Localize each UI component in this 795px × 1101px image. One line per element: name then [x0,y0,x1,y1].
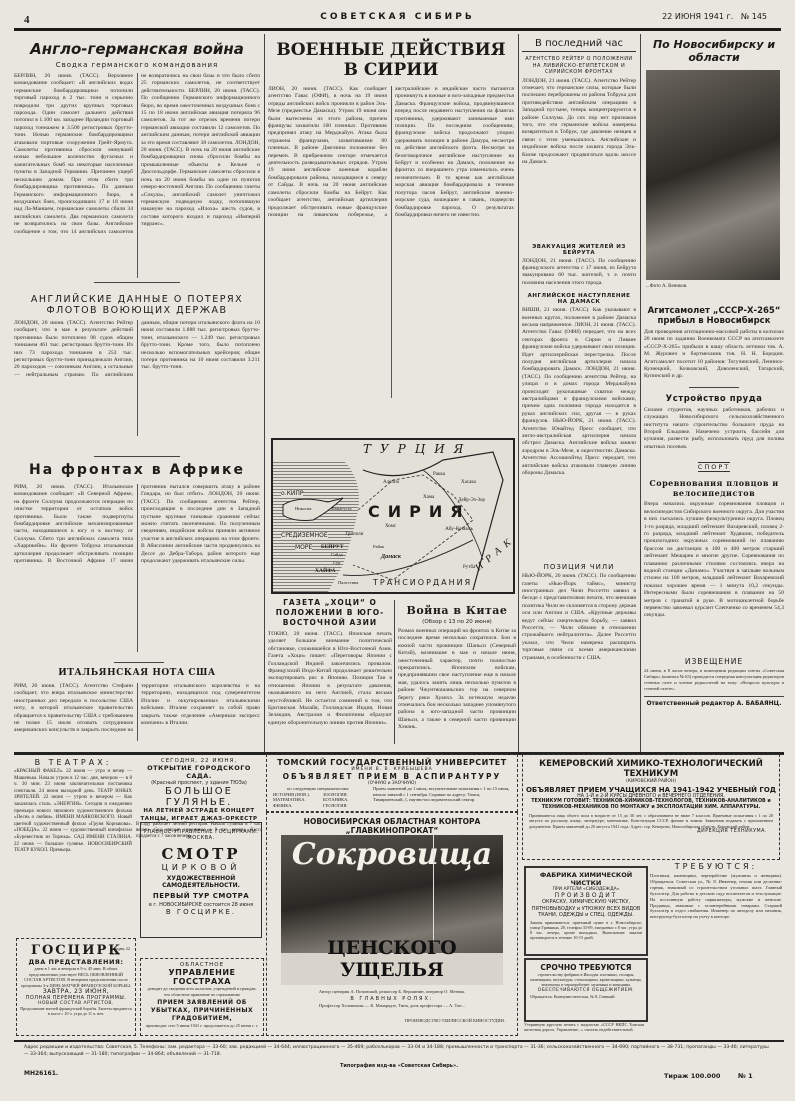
tomsk-terms: Прием заявлений до 1 июля, вступительные… [373,786,511,808]
gosstrakh-foot: производит сего 5 июня 1941 г. продолжае… [141,1023,263,1029]
kemerovo-district: (КИРОВСКИЙ РАЙОН) [523,779,779,784]
map-label-palestine: Палестина [338,580,358,585]
map-label-mediterranean: СРЕДИЗЕМНОЕ [281,532,328,539]
article-italian-note: ИТАЛЬЯНСКАЯ НОТА США РИМ, 20 июня. (ТАСС… [14,660,260,746]
headline: Война в Китае [398,604,516,617]
urgent-contact: Обращаться: Коммунистическая, № 8, Главн… [526,993,646,1000]
divider [94,282,180,283]
ad-body: «КРАСНЫЙ ФАКЕЛ». 22 июня — утро и вечер … [14,769,132,855]
film-poster: Сокровища ЦЕНСКОГО УЩЕЛЬЯ [281,835,503,985]
section-header: По Новосибирску и области [644,38,784,64]
garden-big: БОЛЬШОЕ ГУЛЯНЬЕ. [136,786,262,808]
sport-headline: Соревнования пловцов и велосипедистов [644,478,784,498]
goscirk-tomorrow: ЗАВТРА, 23 ИЮНЯ, [17,988,135,995]
map-label-syria: СИРИЯ [368,502,471,521]
news-photo [646,70,780,280]
headline: На фронтах в Африке [14,462,260,478]
headline: Англо-германская война [14,40,260,58]
urgent-title: СРОЧНО ТРЕБУЮТСЯ [526,963,646,972]
article-body: РИМ, 20 июня. (ТАСС). Итальянское команд… [14,484,260,652]
article-body: Размах военных операций на фронтах в Кит… [398,628,516,732]
map-label-tripoli: Триполи [345,532,363,537]
divider [689,387,739,388]
film-org: НОВОСИБИРСКАЯ ОБЛАСТНАЯ КОНТОРА „ГЛАВКИН… [267,817,517,835]
masthead-rule [14,28,781,31]
column-divider [518,34,519,754]
chile-body: НЬЮ-ЙОРК, 20 июня. (ТАСС). По сообщению … [522,573,636,662]
late-news-column: В последний час АГЕНТСТВО РЕЙТЕР О ПОЛОЖ… [522,38,636,750]
map-label-rakka: Ракка [433,472,445,477]
required-body: Плотники, каменщики, чернорабочие (мужчи… [650,873,782,920]
article-body: БЕРЛИН, 20 июня. (ТАСС). Верховное коман… [14,73,260,278]
map-label-sur: Сур [333,560,340,565]
chile-headline: ПОЗИЦИЯ ЧИЛИ [522,563,636,571]
notice-headline: ИЗВЕЩЕНИЕ [644,657,784,666]
divider [644,696,784,697]
map-label-rayak: Райак [373,544,384,549]
film-studio: ПРОИЗВОДСТВО ТБИЛИССКОЙ КИНОСТУДИИ. [405,1017,505,1024]
map-label-haifa: ХАЙФА [315,568,336,574]
goscirk-two: ДВА ПРЕДСТАВЛЕНИЯ: [17,958,135,966]
urgent-body: строительству фабрики в Иксидах плотники… [526,972,646,988]
article-body: ЛОНДОН, 21 июня. (ТАСС). Агентство Рейте… [522,78,636,238]
footer-address: Адрес редакции и издательства: Советская… [24,1044,774,1058]
ad-circus-review: ГЛАВНОЕ УПРАВЛЕНИЕ ГОСЦИРКАМИ. МОСКВА. С… [140,822,262,938]
footer-rule [14,1040,784,1042]
kemerovo-prepares: ТЕХНИКУМ ГОТОВИТ: ТЕХНИКОВ-ХИМИКОВ-ТЕХНО… [523,799,779,811]
cleaning-body: Заказы принимаются: приемный пункт в г. … [526,919,646,942]
headline: ВОЕННЫЕ ДЕЙСТВИЯ В СИРИИ [268,40,514,80]
divider [114,662,164,663]
circus-line1: ЦИРКОВОЙ [141,863,261,872]
plane-headline: Агитсамолет „СССР-Х-265“ прибыл в Новоси… [644,306,784,326]
article-syria: ВОЕННЫЕ ДЕЙСТВИЯ В СИРИИ ЛИОН, 20 июня. … [268,38,514,398]
circus-line5: В ГОСЦИРКЕ. [141,908,261,916]
ad-goscirk: ГОСЦИРК Сегодня, 22 июня, ДВА ПРЕДСТАВЛЕ… [16,938,136,1036]
headline: ГАЗЕТА „ХОЦИ“ О ПОЛОЖЕНИИ В ЮГО-ВОСТОЧНО… [268,598,392,628]
ad-urgently-required: СРОЧНО ТРЕБУЮТСЯ строительству фабрики в… [524,958,648,1022]
urgent-housing: ОБЕСПЕЧИВАЮТСЯ ОБЩЕЖИТИЕМ. [526,988,646,993]
plane-body: Для проведения агитационно-массовой рабо… [644,329,784,381]
print-code: МН26161. [24,1070,58,1077]
headline: АГЕНТСТВО РЕЙТЕР О ПОЛОЖЕНИИ НА ЛИВИЙСКО… [522,56,636,76]
film-roles: Профессор Хелашвили — К. Мачарадзе, Тина… [275,1003,509,1009]
column-divider [264,34,265,754]
headline: ИТАЛЬЯНСКАЯ НОТА США [14,668,260,678]
map-label-hama: Хама [423,495,434,500]
notice-body: 24 июня, в 8 часов вечера, в помещении р… [644,668,784,692]
film-credits: Автор сценария А. Позинский, режиссер Б.… [275,989,509,995]
article-africa: На фронтах в Африке РИМ, 20 июня. (ТАСС)… [14,440,260,652]
gosstrakh-big: ПРИЕМ ЗАЯВЛЕНИЙ ОБ УБЫТКАХ, ПРИЧИНЕННЫХ … [141,999,263,1023]
divider [94,456,180,457]
circus-line2: ХУДОЖЕСТВЕННОЙ САМОДЕЯТЕЛЬНОСТИ. [141,875,261,889]
headline: АНГЛИЙСКИЕ ДАННЫЕ О ПОТЕРЯХ ФЛОТОВ ВОЮЮЩ… [14,294,260,316]
map-label-rutba: Рутба [463,565,475,570]
novosibirsk-column: По Новосибирску и области ...Фото А. Вен… [644,38,784,750]
required-title: ТРЕБУЮТСЯ: [650,862,782,871]
film-title-block: ЦЕНСКОГО УЩЕЛЬЯ [281,937,503,981]
editor-signature: Ответственный редактор А. БАБАЯНЦ. [644,700,784,707]
ad-header: В ТЕАТРАХ: [14,758,132,767]
column-divider [640,34,641,754]
map-label-abu-kemal: Абу-Кемаль [445,526,473,532]
photo-caption: ...Фото А. Веников. [646,284,780,290]
sport-body: Вчера начались окружные соревнования пло… [644,501,784,651]
column-divider [394,600,395,744]
map-label-homs: Хомс [385,524,396,529]
ad-required: ТРЕБУЮТСЯ: Плотники, каменщики, чернораб… [650,862,782,1042]
map-label-cyprus: о.КИПР [281,490,303,497]
article-body: РИМ, 20 июня. (ТАСС). Агентство Стефани … [14,683,260,741]
pond-headline: Устройство пруда [644,394,784,404]
gosstrakh-body: доводит до сведения всех колхозов, учреж… [141,986,263,997]
lost-seal-notice: Утерянную круглую печать с надписью «ССС… [524,1022,644,1033]
garden-concert: НА ЛЕТНЕЙ ЭСТРАДЕ КОНЦЕРТ [136,808,262,814]
article-body: ЛОНДОН, 20 июня. (ТАСС). Агентство Рейте… [14,320,260,436]
ad-gosstrakh: ОБЛАСТНОЕ УПРАВЛЕНИЕ ГОССТРАХА доводит д… [140,958,264,1036]
damascus-headline: АНГЛИЙСКОЕ НАСТУПЛЕНИЕ НА ДАМАСК [522,293,636,305]
goscirk-footer: Продолжение матчей французской борьбы. Б… [17,1006,135,1016]
film-title-script: Сокровища [281,837,503,872]
map-label-beirut: БЕЙРУТ [321,544,344,550]
tomsk-title: ТОМСКИЙ ГОСУДАРСТВЕННЫЙ УНИВЕРСИТЕТ [267,758,517,767]
syria-map: ТУРЦИЯ СИРИЯ ИРАК ТРАНСИОРДАНИЯ о.КИПР С… [271,438,515,594]
kemerovo-body: Принимаются лица обоего пола в возрасте … [523,811,779,829]
subheadline: Сводка германского командования [14,61,260,69]
ad-tomsk-university: ТОМСКИЙ ГОСУДАРСТВЕННЫЙ УНИВЕРСИТЕТ ИМЕН… [266,754,518,812]
ad-film: НОВОСИБИРСКАЯ ОБЛАСТНАЯ КОНТОРА „ГЛАВКИН… [266,812,518,1036]
subject: ГЕОЛОГИЯ. [323,803,373,809]
kemerovo-title: КЕМЕРОВСКИЙ ХИМИКО-ТЕХНОЛОГИЧЕСКИЙ ТЕХНИ… [523,759,779,779]
ad-dry-cleaning: ФАБРИКА ХИМИЧЕСКОЙ ЧИСТКИ ПРИ АРТЕЛИ «СИ… [524,866,648,956]
section-header: В последний час [522,38,636,52]
circus-line3: ПЕРВЫЙ ТУР СМОТРА [141,892,261,900]
kemerovo-announce: ОБЪЯВЛЯЕТ ПРИЕМ УЧАЩИХСЯ НА 1941-1942 УЧ… [523,786,779,794]
article-body: ЛИОН, 20 июня. (ТАСС). Как сообщает аген… [268,86,514,398]
evacuation-body: ЛОНДОН, 21 июня. (ТАСС). По сообщению фр… [522,258,636,288]
printer: Типография изд-ва «Советская Сибирь». [340,1063,458,1069]
cleaning-title: ФАБРИКА ХИМИЧЕСКОЙ ЧИСТКИ [526,871,646,887]
map-label-famagusta: Фамагуста [331,506,351,511]
kemerovo-sign: ДИРЕКЦИЯ ТЕХНИКУМА. [523,829,779,834]
pond-body: Силами студентов, научных работников, ра… [644,407,784,451]
article-body: ТОКИО, 20 июня. (ТАСС). Японская печать … [268,631,392,727]
article-anglo-german-war: Англо-германская война Сводка германског… [14,38,260,278]
garden-opening: ОТКРЫТИЕ ГОРОДСКОГО САДА. [136,764,262,780]
ad-theatres: В ТЕАТРАХ: «КРАСНЫЙ ФАКЕЛ». 22 июня — ут… [14,758,132,938]
map-label-turkey: ТУРЦИЯ [363,442,472,456]
film-roles-header: В ГЛАВНЫХ РОЛЯХ: [267,996,517,1002]
newspaper-page: 4 СОВЕТСКАЯ СИБИРЬ 22 ИЮНЯ 1941 г. № 145… [0,0,795,1101]
edition-number: № 1 [738,1072,753,1080]
map-label-hasaka: Хасака [461,480,476,485]
gosstrakh-title: УПРАВЛЕНИЕ ГОССТРАХА [141,968,263,986]
map-label-nicosia: Никосия [295,506,311,511]
map-label-sea: МОРЕ [295,544,312,551]
map-label-deir: Дейр-Эз-Зор [458,498,485,503]
sport-label: СПОРТ [698,462,730,472]
circus-org: ГЛАВНОЕ УПРАВЛЕНИЕ ГОСЦИРКАМИ. МОСКВА. [141,829,261,841]
tomsk-announce: ОБЪЯВЛЯЕТ ПРИЕМ В АСПИРАНТУРУ [267,772,517,781]
issue-date: 22 ИЮНЯ 1941 г. № 145 [662,12,767,21]
subheadline: (Обзор с 13 по 20 июня) [398,619,516,625]
evacuation-headline: ЭВАКУАЦИЯ ЖИТЕЛЕЙ ИЗ БЕЙРУТА [522,244,636,256]
article-fleet-losses: АНГЛИЙСКИЕ ДАННЫЕ О ПОТЕРЯХ ФЛОТОВ ВОЮЮЩ… [14,282,260,438]
map-label-saida: Сайда [331,552,343,557]
map-label-aleppo: Алеппо [383,480,399,485]
circulation: Тираж 100.000 [664,1072,720,1080]
map-label-transjordan: ТРАНСИОРДАНИЯ [373,578,472,587]
ad-kemerovo-technikum: КЕМЕРОВСКИЙ ХИМИКО-ТЕХНОЛОГИЧЕСКИЙ ТЕХНИ… [522,754,780,860]
map-label-damascus: Дамаск [381,554,401,560]
article-japan: ГАЗЕТА „ХОЦИ“ О ПОЛОЖЕНИИ В ЮГО-ВОСТОЧНО… [268,598,392,748]
article-china: Война в Китае (Обзор с 13 по 20 июня) Ра… [398,598,516,748]
subject: ФИЗИКА. [273,803,323,809]
cleaning-services: ОКРАСКУ, ХИМИЧЕСКУЮ ЧИСТКУ, ПЯТНОВЫВОДКУ… [526,899,646,919]
masthead: 4 СОВЕТСКАЯ СИБИРЬ 22 ИЮНЯ 1941 г. № 145 [0,0,795,36]
damascus-body: ВИШИ, 21 июня. (ТАСС). Как указывают в в… [522,307,636,557]
cleaning-produces: ПРОИЗВОДИТ [526,892,646,899]
circus-title: СМОТР [141,845,261,863]
goscirk-body: днем в 1 час и вечером в 9 ч. 45 мин. В … [17,966,135,988]
goscirk-side: Сегодня, 22 июня, [110,946,132,956]
